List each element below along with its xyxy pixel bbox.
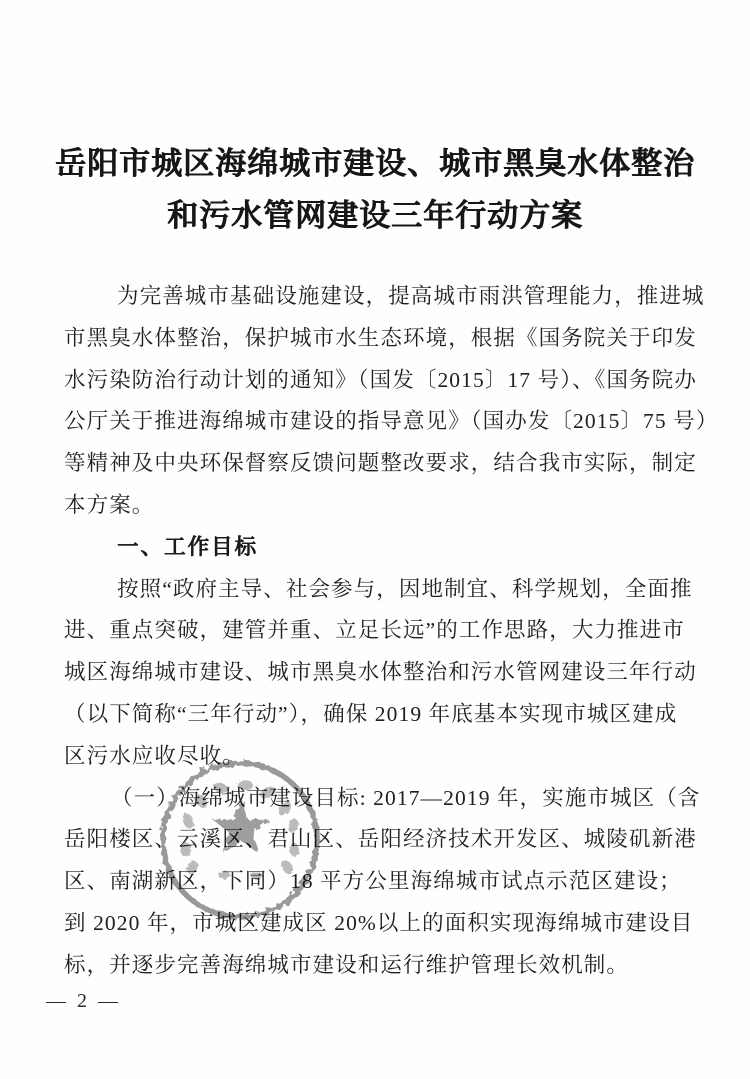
- document-title-line-1: 岳阳市城区海绵城市建设、城市黑臭水体整治: [0, 138, 750, 190]
- body-line: 水污染防治行动计划的通知》（国发〔2015〕17 号）、《国务院办: [64, 360, 688, 402]
- body-line: （一）海绵城市建设目标: 2017—2019 年，实施市城区（含: [64, 778, 688, 820]
- body-line: 区、南湖新区，下同）18 平方公里海绵城市试点示范区建设；: [64, 861, 688, 903]
- body-line: 按照“政府主导、社会参与，因地制宜、科学规划，全面推: [64, 569, 688, 611]
- document-title-line-2: 和污水管网建设三年行动方案: [0, 190, 750, 242]
- body-line: 公厅关于推进海绵城市建设的指导意见》（国办发〔2015〕75 号）: [64, 401, 688, 443]
- body-line: 城区海绵城市建设、城市黑臭水体整治和污水管网建设三年行动: [64, 652, 688, 694]
- document-title: 岳阳市城区海绵城市建设、城市黑臭水体整治 和污水管网建设三年行动方案: [0, 138, 750, 242]
- body-line: 进、重点突破，建管并重、立足长远”的工作思路，大力推进市: [64, 610, 688, 652]
- body-line: 标，并逐步完善海绵城市建设和运行维护管理长效机制。: [64, 945, 688, 987]
- document-body: 为完善城市基础设施建设，提高城市雨洪管理能力，推进城 市黑臭水体整治，保护城市水…: [64, 276, 688, 987]
- page-number: — 2 —: [46, 990, 121, 1013]
- body-line: 为完善城市基础设施建设，提高城市雨洪管理能力，推进城: [64, 276, 688, 318]
- body-line: 到 2020 年，市城区建成区 20%以上的面积实现海绵城市建设目: [64, 903, 688, 945]
- body-line: 区污水应收尽收。: [64, 736, 688, 778]
- body-line: （以下简称“三年行动”），确保 2019 年底基本实现市城区建成: [64, 694, 688, 736]
- body-line: 岳阳楼区、云溪区、君山区、岳阳经济技术开发区、城陵矶新港: [64, 819, 688, 861]
- body-line: 市黑臭水体整治，保护城市水生态环境，根据《国务院关于印发: [64, 318, 688, 360]
- body-line: 本方案。: [64, 485, 688, 527]
- body-line: 等精神及中央环保督察反馈问题整改要求，结合我市实际，制定: [64, 443, 688, 485]
- document-page: 岳阳市城区海绵城市建设、城市黑臭水体整治 和污水管网建设三年行动方案 为完善城市…: [0, 0, 750, 1079]
- section-heading-work-goals: 一、工作目标: [64, 527, 688, 569]
